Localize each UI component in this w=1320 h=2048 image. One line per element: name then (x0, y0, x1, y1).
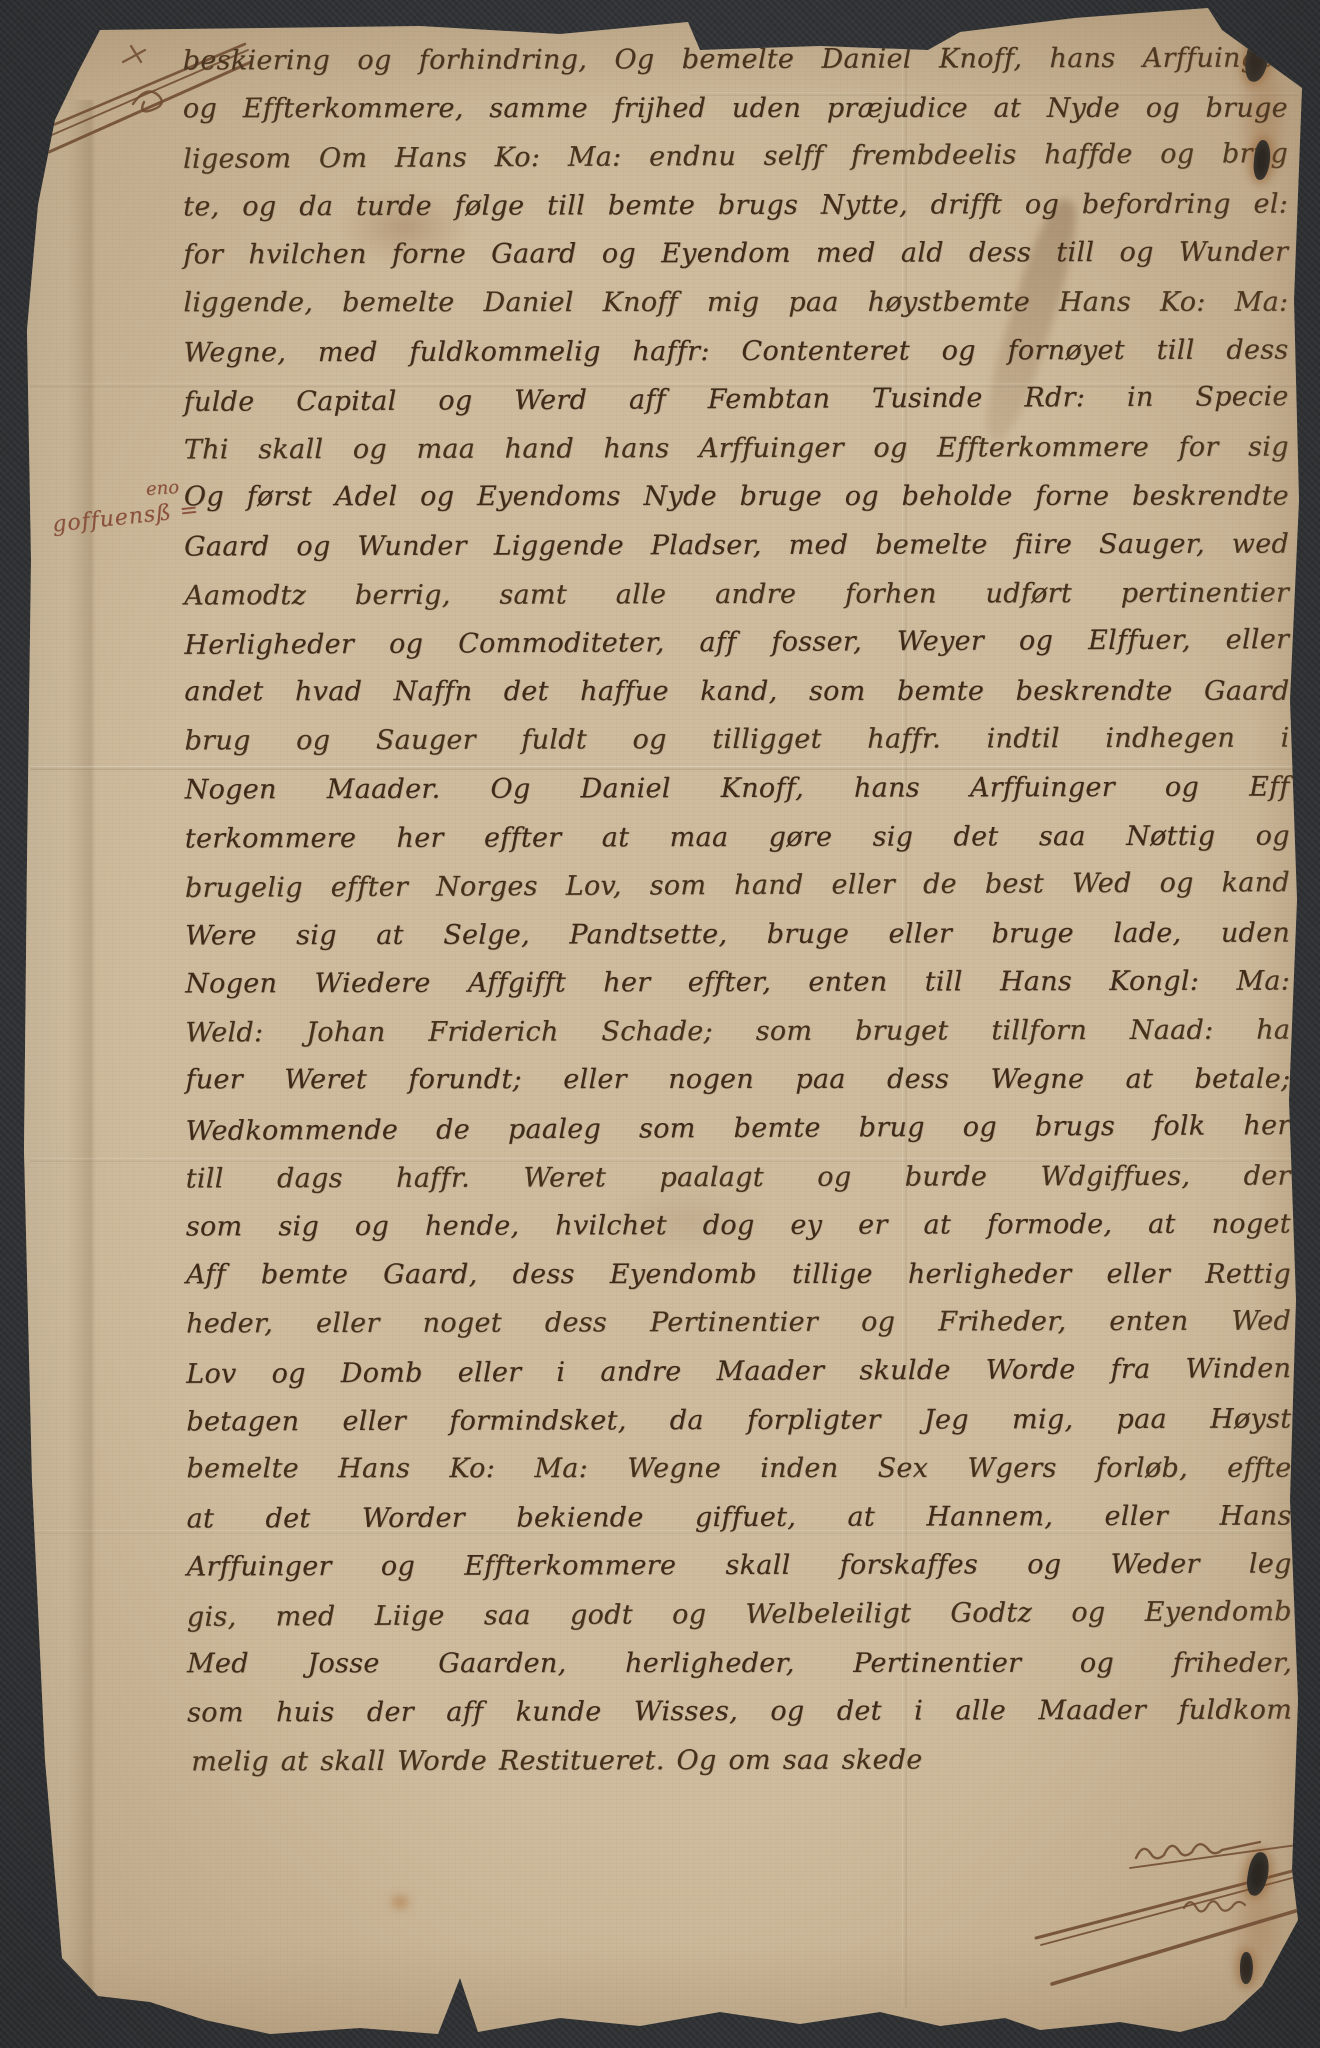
manuscript-line: liggende, bemelte Daniel Knoff mig paa h… (183, 279, 1288, 328)
manuscript-line: till dags haffr. Weret paalagt og burde … (186, 1152, 1291, 1203)
document-scan: eno goffuensß = beskiering og forhindrin… (0, 0, 1320, 2048)
manuscript-line: Herligheder og Commoditeter, aff fosser,… (184, 616, 1289, 670)
manuscript-line: som sig og hende, hvilchet dog ey er at … (186, 1201, 1291, 1252)
manuscript-line: Arffuinger og Effterkommere skall forska… (187, 1541, 1292, 1592)
manuscript-line: Aamodtz berrig, samt alle andre forhen u… (184, 569, 1289, 620)
manuscript-line: Weld: Johan Friderich Schade; som bruget… (185, 1006, 1290, 1057)
manuscript-line: terkommere her effter at maa gøre sig de… (185, 812, 1290, 863)
manuscript-line: melig at skall Worde Restitueret. Og om … (187, 1735, 1292, 1786)
manuscript-line: Aff bemte Gaard, dess Eyendomb tillige h… (186, 1251, 1291, 1300)
manuscript-line: Wedkommende de paaleg som bemte brug og … (185, 1102, 1290, 1156)
pen-flourish-bottom-right-icon (1018, 1828, 1318, 2028)
manuscript-line: Nogen Maader. Og Daniel Knoff, hans Arff… (185, 763, 1290, 814)
manuscript-line: heder, eller noget dess Pertinentier og … (186, 1298, 1291, 1349)
manuscript-line: te, og da turde følge till bemte brugs N… (183, 180, 1288, 231)
manuscript-line: betagen eller formindsket, da forpligter… (186, 1395, 1291, 1446)
manuscript-line: for hvilchen forne Gaard og Eyendom med … (183, 229, 1288, 280)
manuscript-line: beskiering og forhindring, Og bemelte Da… (183, 35, 1288, 86)
manuscript-line: Nogen Wiedere Affgifft her effter, enten… (185, 958, 1290, 1009)
manuscript-text-block: beskiering og forhindring, Og bemelte Da… (183, 35, 1293, 1787)
manuscript-line: at det Worder bekiende giffuet, at Hanne… (187, 1492, 1292, 1543)
margin-note-upper: eno (145, 477, 179, 500)
manuscript-line: Were sig at Selge, Pandtsette, bruge ell… (185, 909, 1290, 960)
manuscript-line: brug og Sauger fuldt og tilligget haffr.… (184, 715, 1289, 766)
manuscript-line: og Effterkommere, samme frijhed uden præ… (183, 84, 1288, 133)
parchment-page: eno goffuensß = beskiering og forhindrin… (0, 0, 1320, 2048)
manuscript-line: som huis der aff kunde Wisses, og det i … (187, 1687, 1292, 1738)
manuscript-line: Lov og Domb eller i andre Maader skulde … (186, 1345, 1291, 1399)
manuscript-line: andet hvad Naffn det haffue kand, som be… (184, 667, 1289, 716)
manuscript-line: Gaard og Wunder Liggende Pladser, med be… (184, 520, 1289, 571)
manuscript-line: ligesom Om Hans Ko: Ma: endnu selff frem… (183, 130, 1288, 184)
manuscript-line: Thi skall og maa hand hans Arffuinger og… (184, 423, 1289, 474)
manuscript-line: bemelte Hans Ko: Ma: Wegne inden Sex Wge… (186, 1445, 1291, 1494)
manuscript-line: gis, med Liige saa godt og Welbeleiligt … (187, 1588, 1292, 1642)
manuscript-line: Wegne, med fuldkommelig haffr: Contenter… (183, 326, 1288, 377)
manuscript-line: fuer Weret forundt; eller nogen paa dess… (185, 1056, 1290, 1105)
manuscript-line: brugelig effter Norges Lov, som hand ell… (185, 859, 1290, 913)
left-fold-band (24, 100, 96, 1990)
rust-spot (388, 1892, 412, 1912)
manuscript-line: fulde Capital og Werd aff Fembtan Tusind… (184, 373, 1289, 427)
manuscript-line: Og først Adel og Eyendoms Nyde bruge og … (184, 473, 1289, 522)
manuscript-line: Med Josse Gaarden, herligheder, Pertinen… (187, 1639, 1292, 1688)
